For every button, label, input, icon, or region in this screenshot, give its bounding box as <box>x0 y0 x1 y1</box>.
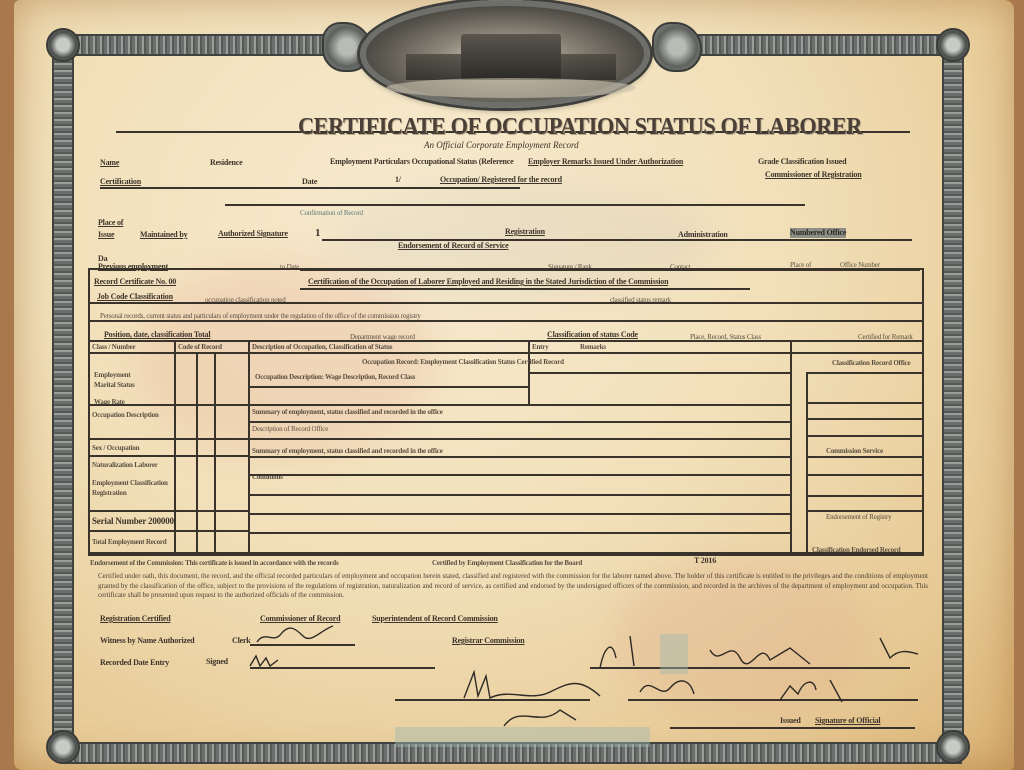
frame-top-right-border <box>672 34 962 56</box>
footer-date: T 2016 <box>694 556 716 566</box>
table-header: Code of Record <box>178 342 222 352</box>
signature-label: Commissioner of Record <box>260 614 340 624</box>
column-caption: Position, date, classification Total <box>104 330 210 340</box>
frame-right-border <box>942 44 964 754</box>
occupation-note: occupation classification noted <box>205 295 286 305</box>
table-row-rule <box>248 456 790 458</box>
table-row-rule <box>806 474 922 476</box>
field-label-maintained: Maintained by <box>140 230 187 240</box>
job-code-label: Job Code Classification <box>97 292 173 302</box>
table-col-divider <box>248 340 250 552</box>
table-row-rule <box>806 456 922 458</box>
section-rule <box>300 288 750 290</box>
field-value-one: 1 <box>315 228 320 238</box>
signature-label: Signature of Official <box>815 716 880 726</box>
table-header: Entry <box>532 342 549 352</box>
right-column-label: Endorsement of Registry <box>826 512 891 522</box>
field-label-commissioner: Commissioner of Registration <box>765 170 861 180</box>
row-label: Employment <box>94 370 131 380</box>
table-col-divider <box>196 352 198 552</box>
handwritten-signature <box>248 652 288 670</box>
signature-label: Recorded Date Entry <box>100 658 169 668</box>
row-label: Occupation Description <box>92 410 172 420</box>
field-label-grade: Grade Classification Issued <box>758 157 846 167</box>
signature-label: Clerk <box>232 636 251 646</box>
field-label-administration: Administration <box>678 230 728 240</box>
table-cell: Occupation Record: Employment Classifica… <box>362 357 564 367</box>
handwritten-signature <box>630 670 850 706</box>
document-subtitle: An Official Corporate Employment Record <box>424 140 579 150</box>
footer-paragraph: Certified under oath, this document, the… <box>98 572 928 601</box>
table-row-rule <box>806 372 922 374</box>
field-label-endorsement: Endorsement of Record of Service <box>398 241 508 251</box>
field-label-remarks: Employer Remarks Issued Under Authorizat… <box>528 157 683 167</box>
signature-label: Registration Certified <box>100 614 170 624</box>
right-column-label: Classification Record Office <box>832 358 910 368</box>
frame-left-border <box>52 44 74 754</box>
table-col-divider <box>174 340 176 552</box>
row-label: Sex / Occupation <box>92 443 139 453</box>
handwritten-signature <box>500 700 580 730</box>
table-row-rule <box>806 402 922 404</box>
table-cell: Occupation Description: Wage Description… <box>255 372 415 382</box>
field-label-occupation: Occupation/ Registered for the record <box>440 175 562 185</box>
record-certificate-number: Record Certificate No. 00 <box>94 277 176 287</box>
frame-corner-ornament <box>936 730 970 764</box>
field-label-issue: Issue <box>98 230 114 240</box>
table-row-rule <box>248 474 790 476</box>
table-col-divider <box>806 372 808 552</box>
signature-label: Issued <box>780 716 801 726</box>
handwritten-signature <box>460 668 610 704</box>
table-header: Description of Occupation, Classificatio… <box>252 342 392 352</box>
table-row-rule <box>248 532 790 534</box>
table-row-rule <box>88 404 790 406</box>
right-column-label: Commission Service <box>826 446 883 456</box>
frame-top-left-border <box>62 34 352 56</box>
section-rule <box>90 320 922 322</box>
field-label-registration: Registration <box>505 227 545 237</box>
building-vignette-image <box>360 0 650 108</box>
footer-rule <box>88 554 924 556</box>
table-col-divider <box>790 340 792 552</box>
table-row-rule <box>806 435 922 437</box>
field-label-employment: Employment Particulars Occupational Stat… <box>330 157 513 167</box>
section-rule <box>90 302 922 304</box>
row-label: Wage Rate <box>94 397 125 407</box>
signature-line <box>670 727 915 729</box>
signature-label: Witness by Name Authorized <box>100 636 194 646</box>
table-row-rule <box>806 495 922 497</box>
frame-corner-ornament <box>936 28 970 62</box>
frame-corner-ornament <box>46 730 80 764</box>
table-row-rule <box>248 438 790 440</box>
signature-label: Registrar Commission <box>452 636 525 646</box>
row-label: Naturalization Laborer <box>92 460 172 470</box>
frame-corner-ornament <box>46 28 80 62</box>
table-row-rule <box>248 421 790 423</box>
field-value-office: Numbered Office <box>790 228 846 238</box>
field-label-authorized: Authorized Signature <box>218 229 288 239</box>
footer-endorsement-line: Endorsement of the Commission: This cert… <box>90 558 339 568</box>
field-label-residence: Residence <box>210 158 242 168</box>
serial-number: Serial Number 200000 <box>92 516 174 526</box>
table-header: Remarks <box>580 342 606 352</box>
table-row-rule <box>248 513 790 515</box>
table-cell: Summary of employment, status classified… <box>252 446 443 456</box>
field-label-date: Date <box>302 177 317 187</box>
handwritten-signature <box>255 624 335 646</box>
table-row-rule <box>88 438 248 440</box>
handwritten-signature <box>590 628 920 672</box>
field-caption-confirmation: Confirmation of Record <box>300 208 363 218</box>
field-value-number: 1/ <box>395 175 401 185</box>
field-label-certification: Certification <box>100 177 141 187</box>
document-title: CERTIFICATE OF OCCUPATION STATUS OF LABO… <box>298 114 862 141</box>
classified-status-note: classified status remark <box>610 295 671 305</box>
row-label: Employment Classification Registration <box>92 478 172 498</box>
row-label: Total Employment Record <box>92 537 166 547</box>
table-row-rule <box>806 418 922 420</box>
tinted-stamp-area <box>395 727 650 747</box>
section-heading: Certification of the Occupation of Labor… <box>308 277 668 287</box>
field-line <box>100 187 520 189</box>
signature-label: Signed <box>206 657 228 667</box>
footer-certified-line: Certified by Employment Classification f… <box>432 558 582 568</box>
table-row-rule <box>248 494 790 496</box>
table-row-rule <box>88 510 248 512</box>
table-cell: Summary of employment, status classified… <box>252 407 443 417</box>
table-col-divider <box>214 352 216 552</box>
field-line <box>225 204 805 206</box>
scroll-ornament-right <box>652 22 702 72</box>
table-row-rule <box>88 455 248 457</box>
table-header: Class / Number <box>92 342 135 352</box>
column-caption: Classification of status Code <box>547 330 638 340</box>
row-label: Marital Status <box>94 380 135 390</box>
table-row-rule <box>248 386 528 388</box>
field-label-place: Place of <box>98 218 123 228</box>
signature-label: Superintendent of Record Commission <box>372 614 498 624</box>
table-row-rule <box>530 372 790 374</box>
table-cell: Description of Record Office <box>252 424 328 434</box>
table-row-rule <box>88 530 248 532</box>
field-label-name: Name <box>100 158 119 168</box>
